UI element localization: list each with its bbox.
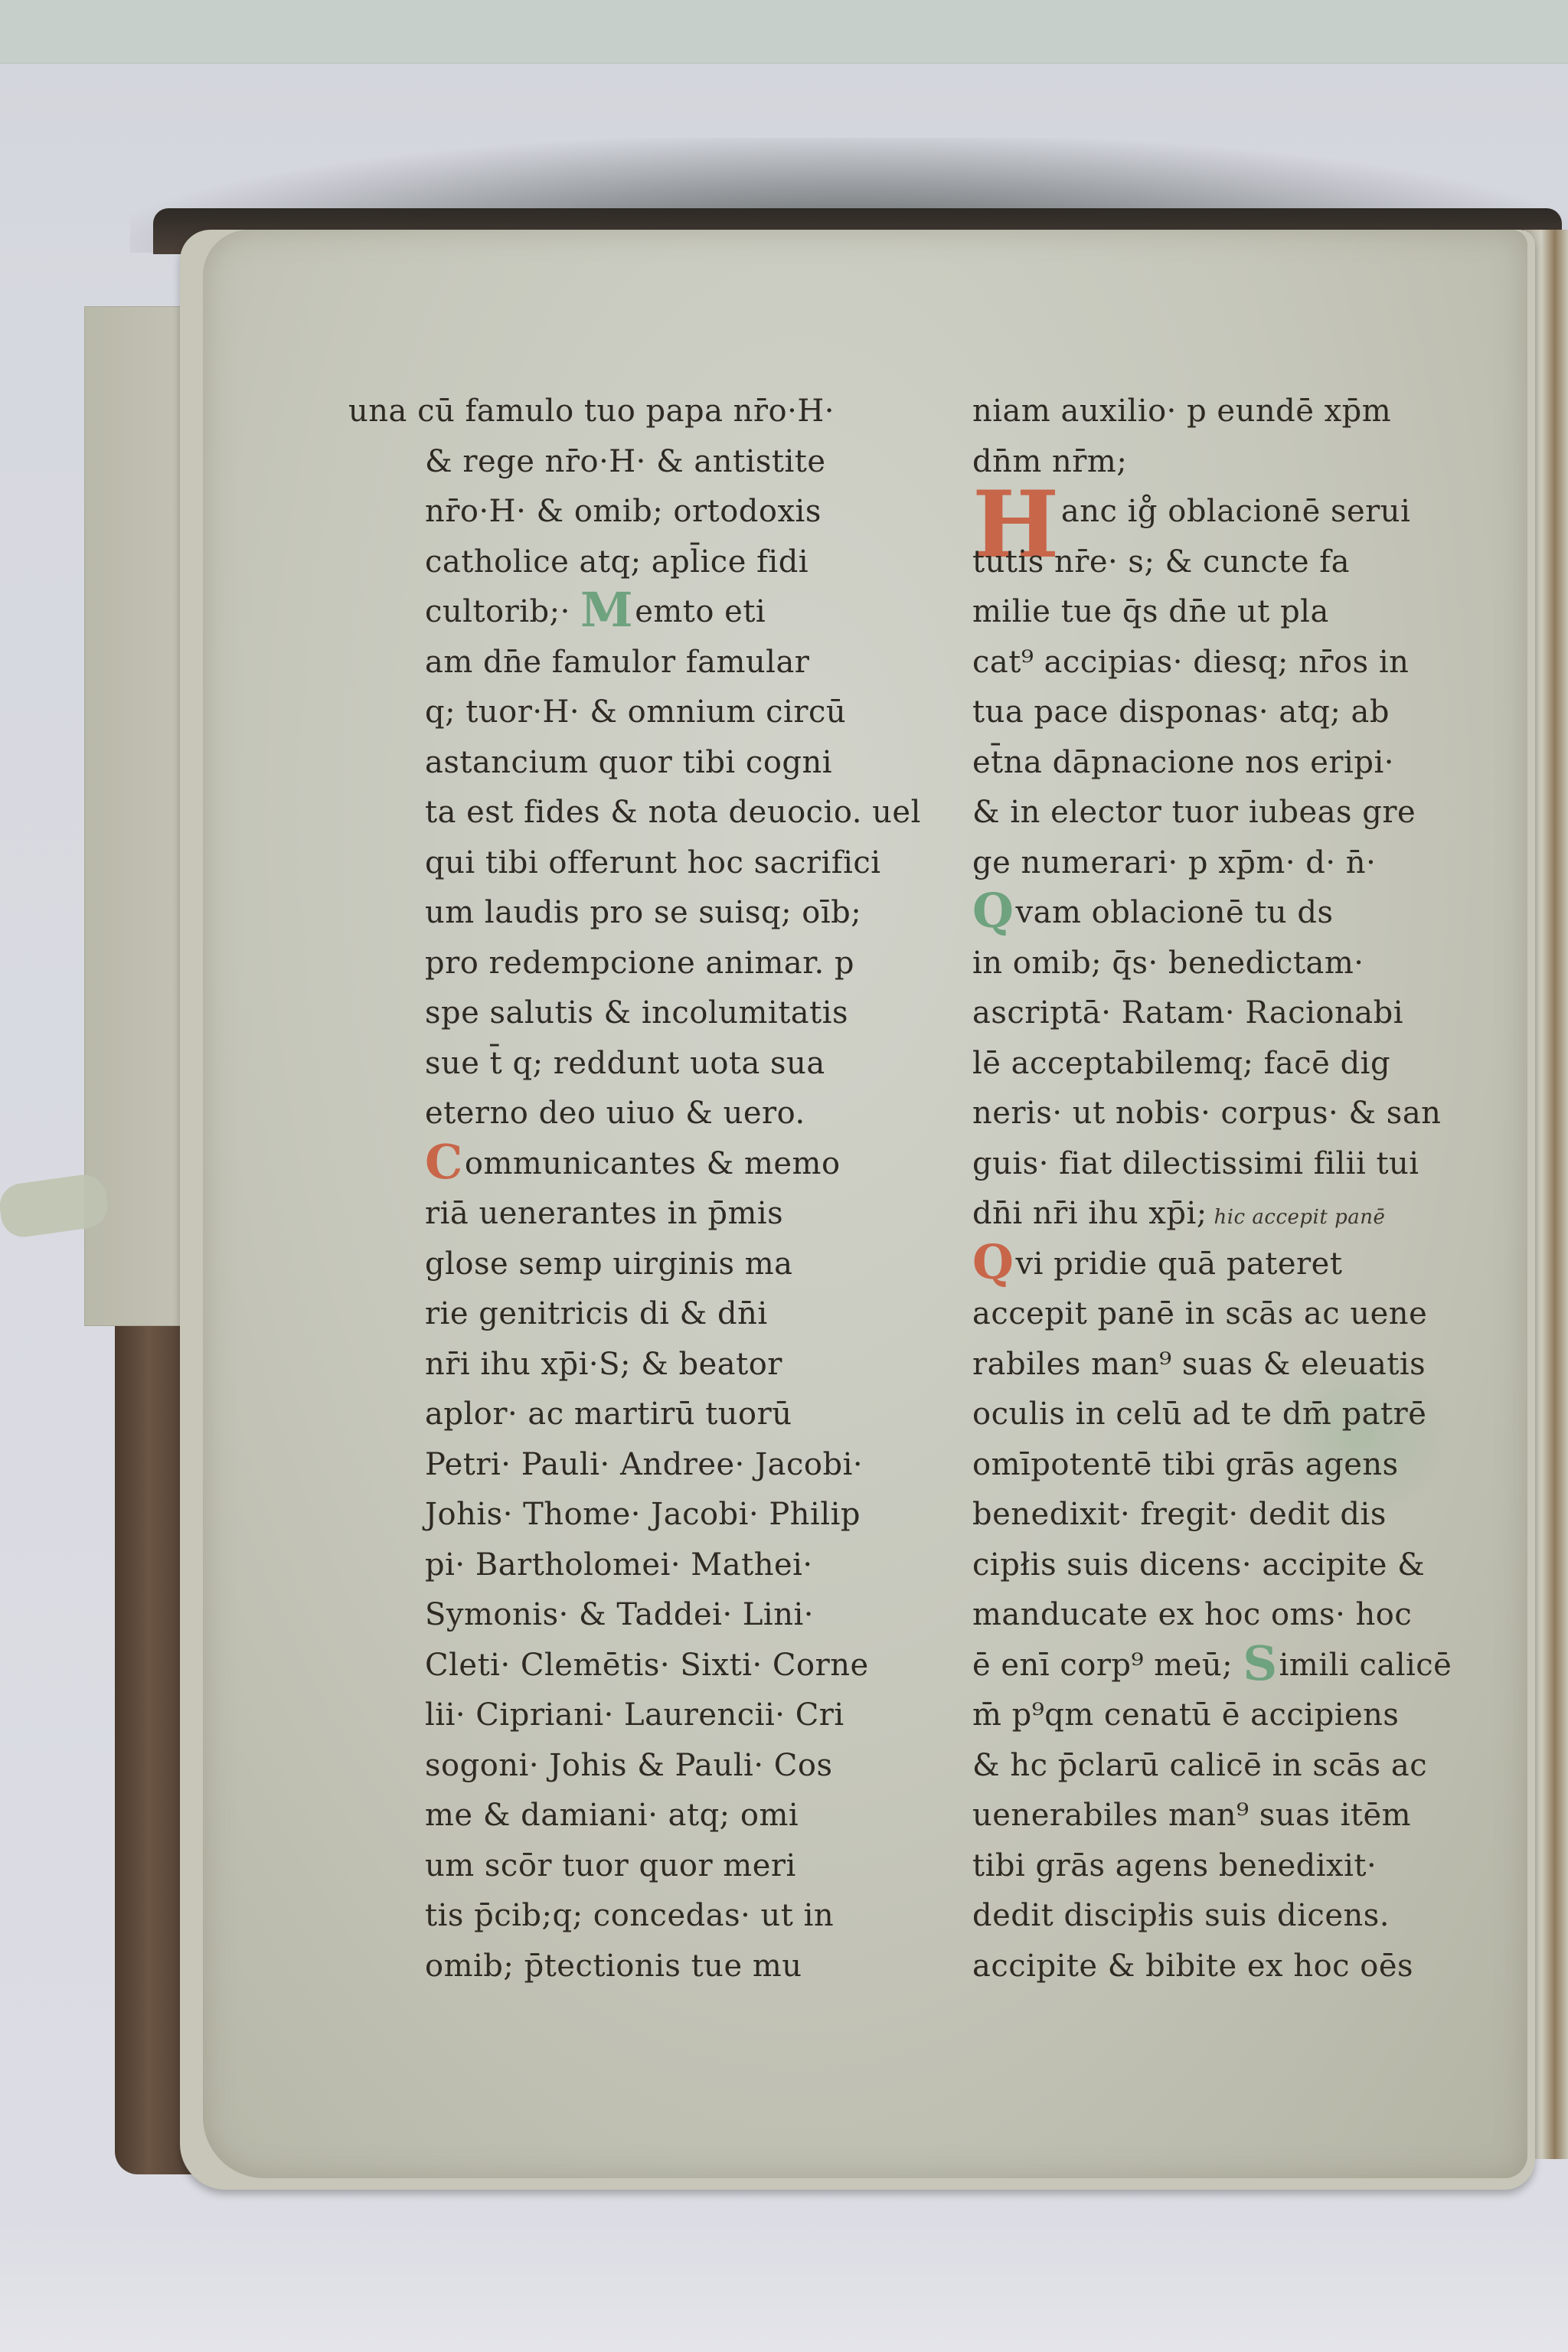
text-line: cat⁹ accipias· diesq; nr̄os in — [972, 638, 1452, 688]
text-line: me & damiani· atq; omi — [425, 1791, 921, 1841]
text-line: aplor· ac martirū tuorū — [425, 1390, 921, 1440]
line-text: in omib; q̄s· benedictam· — [972, 946, 1364, 981]
line-text: am dn̄e famulor famular — [425, 645, 809, 680]
line-text: glose semp uirginis ma — [425, 1246, 793, 1282]
decorated-initial: M — [580, 587, 633, 633]
text-line: & rege nr̄o·H· & antistite — [425, 437, 921, 488]
line-text: um scōr tuor quor meri — [425, 1848, 796, 1883]
text-line: accipite & bibite ex hoc oēs — [972, 1942, 1452, 1992]
line-text: catholice atq; apl̄ice fidi — [425, 544, 808, 580]
line-text: emto eti — [635, 594, 766, 629]
line-text: tua pace disponas· atq; ab — [972, 694, 1390, 730]
text-line: sue t̄ q; reddunt uota sua — [425, 1039, 921, 1089]
line-text: dn̄i nr̄i ihu xp̄i; — [972, 1196, 1207, 1231]
text-line: benedixit· fregit· dedit dis — [972, 1490, 1452, 1540]
text-line: catholice atq; apl̄ice fidi — [425, 537, 921, 588]
text-line: tibi grās agens benedixit· — [972, 1841, 1452, 1892]
text-line: dn̄i nr̄i ihu xp̄i; hic accepit panē — [972, 1189, 1452, 1240]
line-text: cipłis suis dicens· accipite & — [972, 1547, 1425, 1583]
line-text: lē acceptabilemq; facē dig — [972, 1046, 1390, 1081]
line-text: oculis in celū ad te dm̄ patrē — [972, 1396, 1426, 1432]
text-line: Petri· Pauli· Andree· Jacobi· — [425, 1440, 921, 1491]
text-line: ge numerari· p xp̄m· d· n̄· — [972, 838, 1452, 889]
text-line: rie genitricis di & dn̄i — [425, 1289, 921, 1340]
line-text: ta est fides & nota deuocio. uel — [425, 795, 921, 830]
text-line: una cū famulo tuo papa nr̄o·H· — [348, 387, 921, 437]
line-text: benedixit· fregit· dedit dis — [972, 1497, 1387, 1532]
line-text: sue t̄ q; reddunt uota sua — [425, 1046, 825, 1081]
text-line: riā uenerantes in p̄mis — [425, 1189, 921, 1240]
decorated-initial: Q — [972, 888, 1014, 934]
line-text: spe salutis & incolumitatis — [425, 995, 848, 1031]
text-line: Communicantes & memo — [425, 1139, 921, 1190]
line-text: vi pridie quā pateret — [1016, 1246, 1343, 1282]
line-text: dedit discipłis suis dicens. — [972, 1898, 1390, 1933]
text-line: Symonis· & Taddei· Lini· — [425, 1590, 921, 1641]
text-line: sogoni· Johis & Pauli· Cos — [425, 1741, 921, 1792]
line-text: um laudis pro se suisq; oīb; — [425, 895, 861, 930]
text-line: q; tuor·H· & omnium circū — [425, 688, 921, 738]
line-text: ommunicantes & memo — [465, 1146, 841, 1181]
decorated-initial: Q — [972, 1240, 1014, 1285]
line-text: tis p̄cib;q; concedas· ut in — [425, 1898, 834, 1933]
text-line: Qvam oblacionē tu ds — [972, 888, 1452, 939]
text-line: & in elector tuor iubeas gre — [972, 788, 1452, 838]
line-text: lii· Cipriani· Laurencii· Cri — [425, 1697, 844, 1733]
line-text: uenerabiles man⁹ suas itēm — [972, 1798, 1411, 1833]
text-line: niam auxilio· p eundē xp̄m — [972, 387, 1452, 437]
line-text: astancium quor tibi cogni — [425, 745, 832, 780]
line-text: aplor· ac martirū tuorū — [425, 1396, 792, 1432]
text-line: astancium quor tibi cogni — [425, 738, 921, 789]
line-text: rabiles man⁹ suas & eleuatis — [972, 1347, 1426, 1382]
text-line: ta est fides & nota deuocio. uel — [425, 788, 921, 838]
text-line: cultorib;· Memto eti — [425, 587, 921, 638]
line-text: imili calicē — [1279, 1648, 1452, 1683]
text-line: oculis in celū ad te dm̄ patrē — [972, 1390, 1452, 1440]
line-text: milie tue q̄s dn̄e ut pla — [972, 594, 1329, 629]
line-text: tutis nr̄e· s; & cuncte fa — [972, 544, 1350, 580]
text-line: am dn̄e famulor famular — [425, 638, 921, 688]
background-top-strip — [0, 0, 1568, 64]
text-line: qui tibi offerunt hoc sacrifici — [425, 838, 921, 889]
line-text: omīpotentē tibi grās agens — [972, 1447, 1399, 1482]
text-line: et̄na dāpnacione nos eripi· — [972, 738, 1452, 789]
text-line: lē acceptabilemq; facē dig — [972, 1039, 1452, 1089]
line-text: Petri· Pauli· Andree· Jacobi· — [425, 1447, 863, 1482]
marginal-gloss: hic accepit panē — [1207, 1206, 1386, 1229]
text-line: m̄ p⁹qm cenatū ē accipiens — [972, 1690, 1452, 1741]
line-text: omib; p̄tectionis tue mu — [425, 1949, 802, 1984]
line-text: accepit panē in scās ac uene — [972, 1296, 1427, 1331]
line-text: & rege nr̄o·H· & antistite — [425, 444, 826, 479]
line-text: qui tibi offerunt hoc sacrifici — [425, 845, 881, 880]
text-line: spe salutis & incolumitatis — [425, 988, 921, 1039]
text-line: ē enī corp⁹ meū; Simili calicē — [972, 1641, 1452, 1691]
text-line: milie tue q̄s dn̄e ut pla — [972, 587, 1452, 638]
text-line: omīpotentē tibi grās agens — [972, 1440, 1452, 1491]
text-line: neris· ut nobis· corpus· & san — [972, 1089, 1452, 1139]
line-text: Johis· Thome· Jacobi· Philip — [425, 1497, 861, 1532]
text-line: Johis· Thome· Jacobi· Philip — [425, 1490, 921, 1540]
line-text: cat⁹ accipias· diesq; nr̄os in — [972, 645, 1409, 680]
line-text: accipite & bibite ex hoc oēs — [972, 1949, 1413, 1984]
line-text: tibi grās agens benedixit· — [972, 1848, 1377, 1883]
text-line: pro redempcione animar. p — [425, 939, 921, 989]
line-text: Symonis· & Taddei· Lini· — [425, 1597, 814, 1632]
line-text: riā uenerantes in p̄mis — [425, 1196, 783, 1231]
line-text: & in elector tuor iubeas gre — [972, 795, 1416, 830]
line-text: anc ig̊ oblacionē serui — [1061, 494, 1410, 529]
line-text: pro redempcione animar. p — [425, 946, 854, 981]
line-text: nr̄o·H· & omib; ortodoxis — [425, 494, 822, 529]
line-text: manducate ex hoc oms· hoc — [972, 1597, 1412, 1632]
line-text: et̄na dāpnacione nos eripi· — [972, 745, 1394, 780]
text-line: nr̄o·H· & omib; ortodoxis — [425, 487, 921, 537]
text-line: Qvi pridie quā pateret — [972, 1240, 1452, 1290]
line-text: & hc p̄clarū calicē in scās ac — [972, 1748, 1427, 1783]
left-text-column: una cū famulo tuo papa nr̄o·H·& rege nr̄… — [425, 387, 921, 1991]
text-line: eterno deo uiuo & uero. — [425, 1089, 921, 1139]
line-text: rie genitricis di & dn̄i — [425, 1296, 768, 1331]
decorated-initial: C — [425, 1139, 463, 1185]
line-text: cultorib;· — [425, 594, 580, 629]
line-text: ē enī corp⁹ meū; — [972, 1648, 1243, 1683]
line-text: me & damiani· atq; omi — [425, 1798, 799, 1833]
text-line: um laudis pro se suisq; oīb; — [425, 888, 921, 939]
text-line: um scōr tuor quor meri — [425, 1841, 921, 1892]
text-line: & hc p̄clarū calicē in scās ac — [972, 1741, 1452, 1792]
text-line: in omib; q̄s· benedictam· — [972, 939, 1452, 989]
line-text: m̄ p⁹qm cenatū ē accipiens — [972, 1697, 1399, 1733]
text-line: lii· Cipriani· Laurencii· Cri — [425, 1690, 921, 1741]
text-line: accepit panē in scās ac uene — [972, 1289, 1452, 1340]
text-line: rabiles man⁹ suas & eleuatis — [972, 1340, 1452, 1390]
text-line: Cleti· Clemētis· Sixti· Corne — [425, 1641, 921, 1691]
line-text: una cū famulo tuo papa nr̄o·H· — [348, 394, 835, 429]
line-text: sogoni· Johis & Pauli· Cos — [425, 1748, 832, 1783]
text-line: omib; p̄tectionis tue mu — [425, 1942, 921, 1992]
text-line: cipłis suis dicens· accipite & — [972, 1540, 1452, 1591]
text-line: uenerabiles man⁹ suas itēm — [972, 1791, 1452, 1841]
text-line: pi· Bartholomei· Mathei· — [425, 1540, 921, 1591]
line-text: nr̄i ihu xp̄i·S; & beator — [425, 1347, 782, 1382]
line-text: eterno deo uiuo & uero. — [425, 1096, 805, 1131]
right-text-column: niam auxilio· p eundē xp̄mdn̄m nr̄m;Hanc… — [972, 387, 1452, 1991]
text-line: ascriptā· Ratam· Racionabi — [972, 988, 1452, 1039]
line-text: guis· fiat dilectissimi filii tui — [972, 1146, 1419, 1181]
line-text: q; tuor·H· & omnium circū — [425, 694, 846, 730]
line-text: ascriptā· Ratam· Racionabi — [972, 995, 1403, 1031]
text-line: tutis nr̄e· s; & cuncte fa — [972, 537, 1452, 588]
text-line: tua pace disponas· atq; ab — [972, 688, 1452, 738]
text-line: guis· fiat dilectissimi filii tui — [972, 1139, 1452, 1190]
line-text: vam oblacionē tu ds — [1016, 895, 1334, 930]
line-text: neris· ut nobis· corpus· & san — [972, 1096, 1441, 1131]
line-text: ge numerari· p xp̄m· d· n̄· — [972, 845, 1376, 880]
line-text: Cleti· Clemētis· Sixti· Corne — [425, 1648, 869, 1683]
line-text: niam auxilio· p eundē xp̄m — [972, 394, 1391, 429]
text-line: manducate ex hoc oms· hoc — [972, 1590, 1452, 1641]
text-line: nr̄i ihu xp̄i·S; & beator — [425, 1340, 921, 1390]
line-text: pi· Bartholomei· Mathei· — [425, 1547, 813, 1583]
text-line: Hanc ig̊ oblacionē serui — [972, 487, 1452, 537]
text-line: tis p̄cib;q; concedas· ut in — [425, 1891, 921, 1942]
decorated-initial: S — [1243, 1641, 1277, 1687]
text-line: glose semp uirginis ma — [425, 1240, 921, 1290]
text-line: dedit discipłis suis dicens. — [972, 1891, 1452, 1942]
